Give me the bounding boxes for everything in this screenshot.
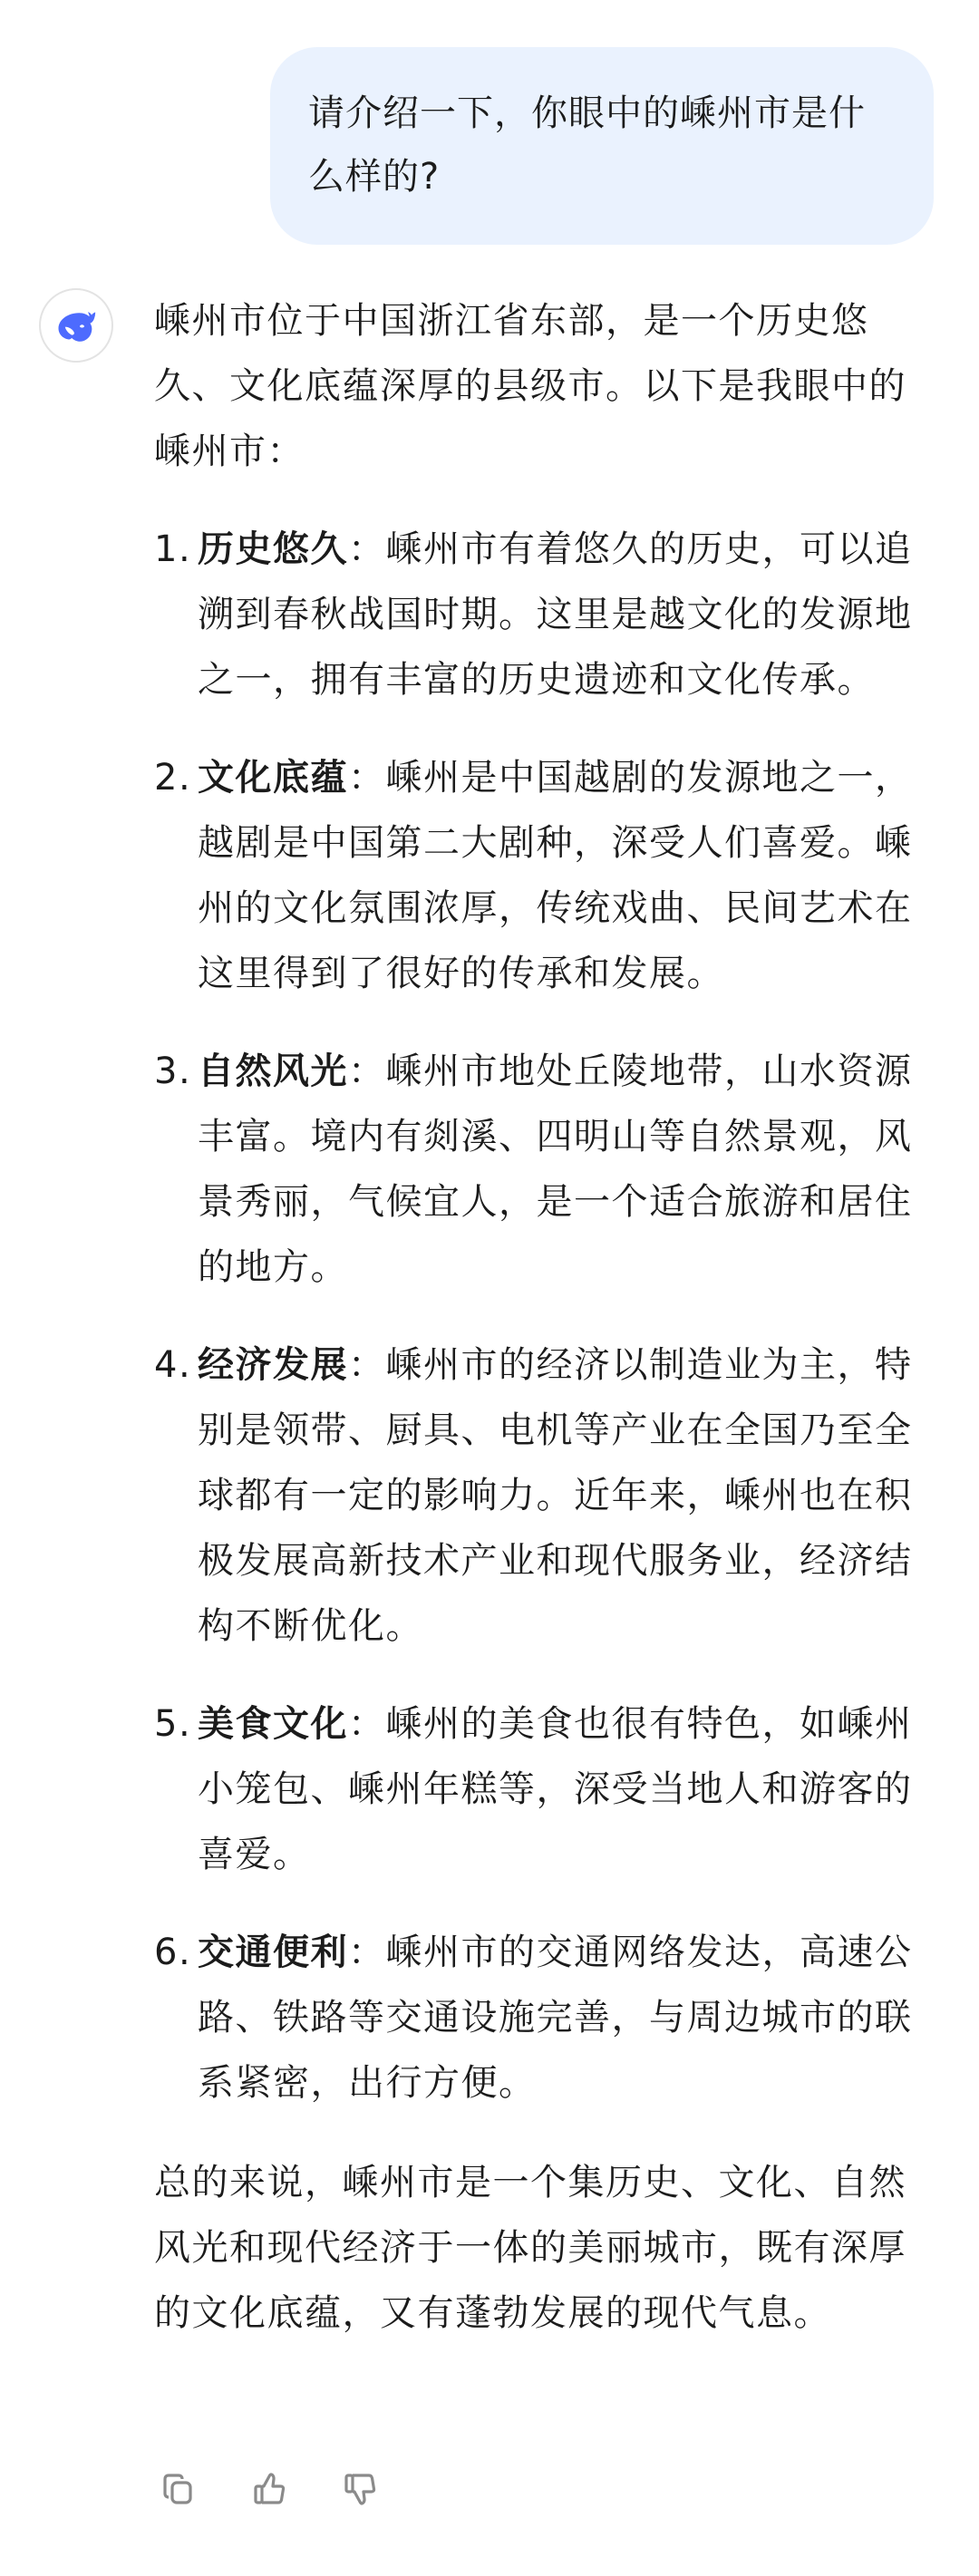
list-item: 1.历史悠久：嵊州市有着悠久的历史，可以追溯到春秋战国时期。这里是越文化的发源地… (154, 517, 934, 712)
list-item-number: 4. (154, 1332, 191, 1398)
user-message-row: 请介绍一下，你眼中的嵊州市是什么样的? (270, 47, 934, 245)
list-item-text: ：嵊州市的经济以制造业为主，特别是领带、厨具、电机等产业在全国乃至全球都有一定的… (198, 1344, 913, 1647)
message-actions (154, 2464, 426, 2514)
list-item-number: 1. (154, 517, 191, 582)
assistant-avatar (39, 288, 113, 363)
summary-paragraph: 总的来说，嵊州市是一个集历史、文化、自然风光和现代经济于一体的美丽城市，既有深厚… (154, 2150, 934, 2346)
list-item: 3.自然风光：嵊州市地处丘陵地带，山水资源丰富。境内有剡溪、四明山等自然景观，风… (154, 1039, 934, 1300)
list-item-number: 2. (154, 745, 191, 810)
feature-list: 1.历史悠久：嵊州市有着悠久的历史，可以追溯到春秋战国时期。这里是越文化的发源地… (154, 517, 934, 2116)
thumbs-up-button[interactable] (245, 2464, 296, 2514)
list-item-title: 历史悠久 (198, 528, 348, 570)
deepseek-whale-icon (53, 302, 100, 349)
thumbs-up-icon (248, 2467, 292, 2511)
user-message-bubble: 请介绍一下，你眼中的嵊州市是什么样的? (270, 47, 934, 245)
list-item-title: 经济发展 (198, 1344, 348, 1386)
user-message-text: 请介绍一下，你眼中的嵊州市是什么样的? (308, 92, 866, 198)
intro-paragraph: 嵊州市位于中国浙江省东部，是一个历史悠久、文化底蕴深厚的县级市。以下是我眼中的嵊… (154, 288, 934, 484)
list-item: 2.文化底蕴：嵊州是中国越剧的发源地之一，越剧是中国第二大剧种，深受人们喜爱。嵊… (154, 745, 934, 1006)
list-item-title: 交通便利 (198, 1932, 348, 1973)
assistant-message-content: 嵊州市位于中国浙江省东部，是一个历史悠久、文化底蕴深厚的县级市。以下是我眼中的嵊… (154, 288, 934, 2346)
list-item: 5.美食文化：嵊州的美食也很有特色，如嵊州小笼包、嵊州年糕等，深受当地人和游客的… (154, 1691, 934, 1887)
thumbs-down-button[interactable] (335, 2464, 386, 2514)
list-item-title: 文化底蕴 (198, 757, 348, 799)
list-item: 4.经济发展：嵊州市的经济以制造业为主，特别是领带、厨具、电机等产业在全国乃至全… (154, 1332, 934, 1659)
copy-button[interactable] (154, 2464, 205, 2514)
thumbs-down-icon (339, 2467, 383, 2511)
list-item-number: 3. (154, 1039, 191, 1104)
list-item-title: 自然风光 (198, 1051, 348, 1092)
list-item-number: 6. (154, 1920, 191, 1985)
list-item-title: 美食文化 (198, 1703, 348, 1745)
list-item-number: 5. (154, 1691, 191, 1757)
list-item: 6.交通便利：嵊州市的交通网络发达，高速公路、铁路等交通设施完善，与周边城市的联… (154, 1920, 934, 2116)
copy-icon (158, 2467, 201, 2511)
